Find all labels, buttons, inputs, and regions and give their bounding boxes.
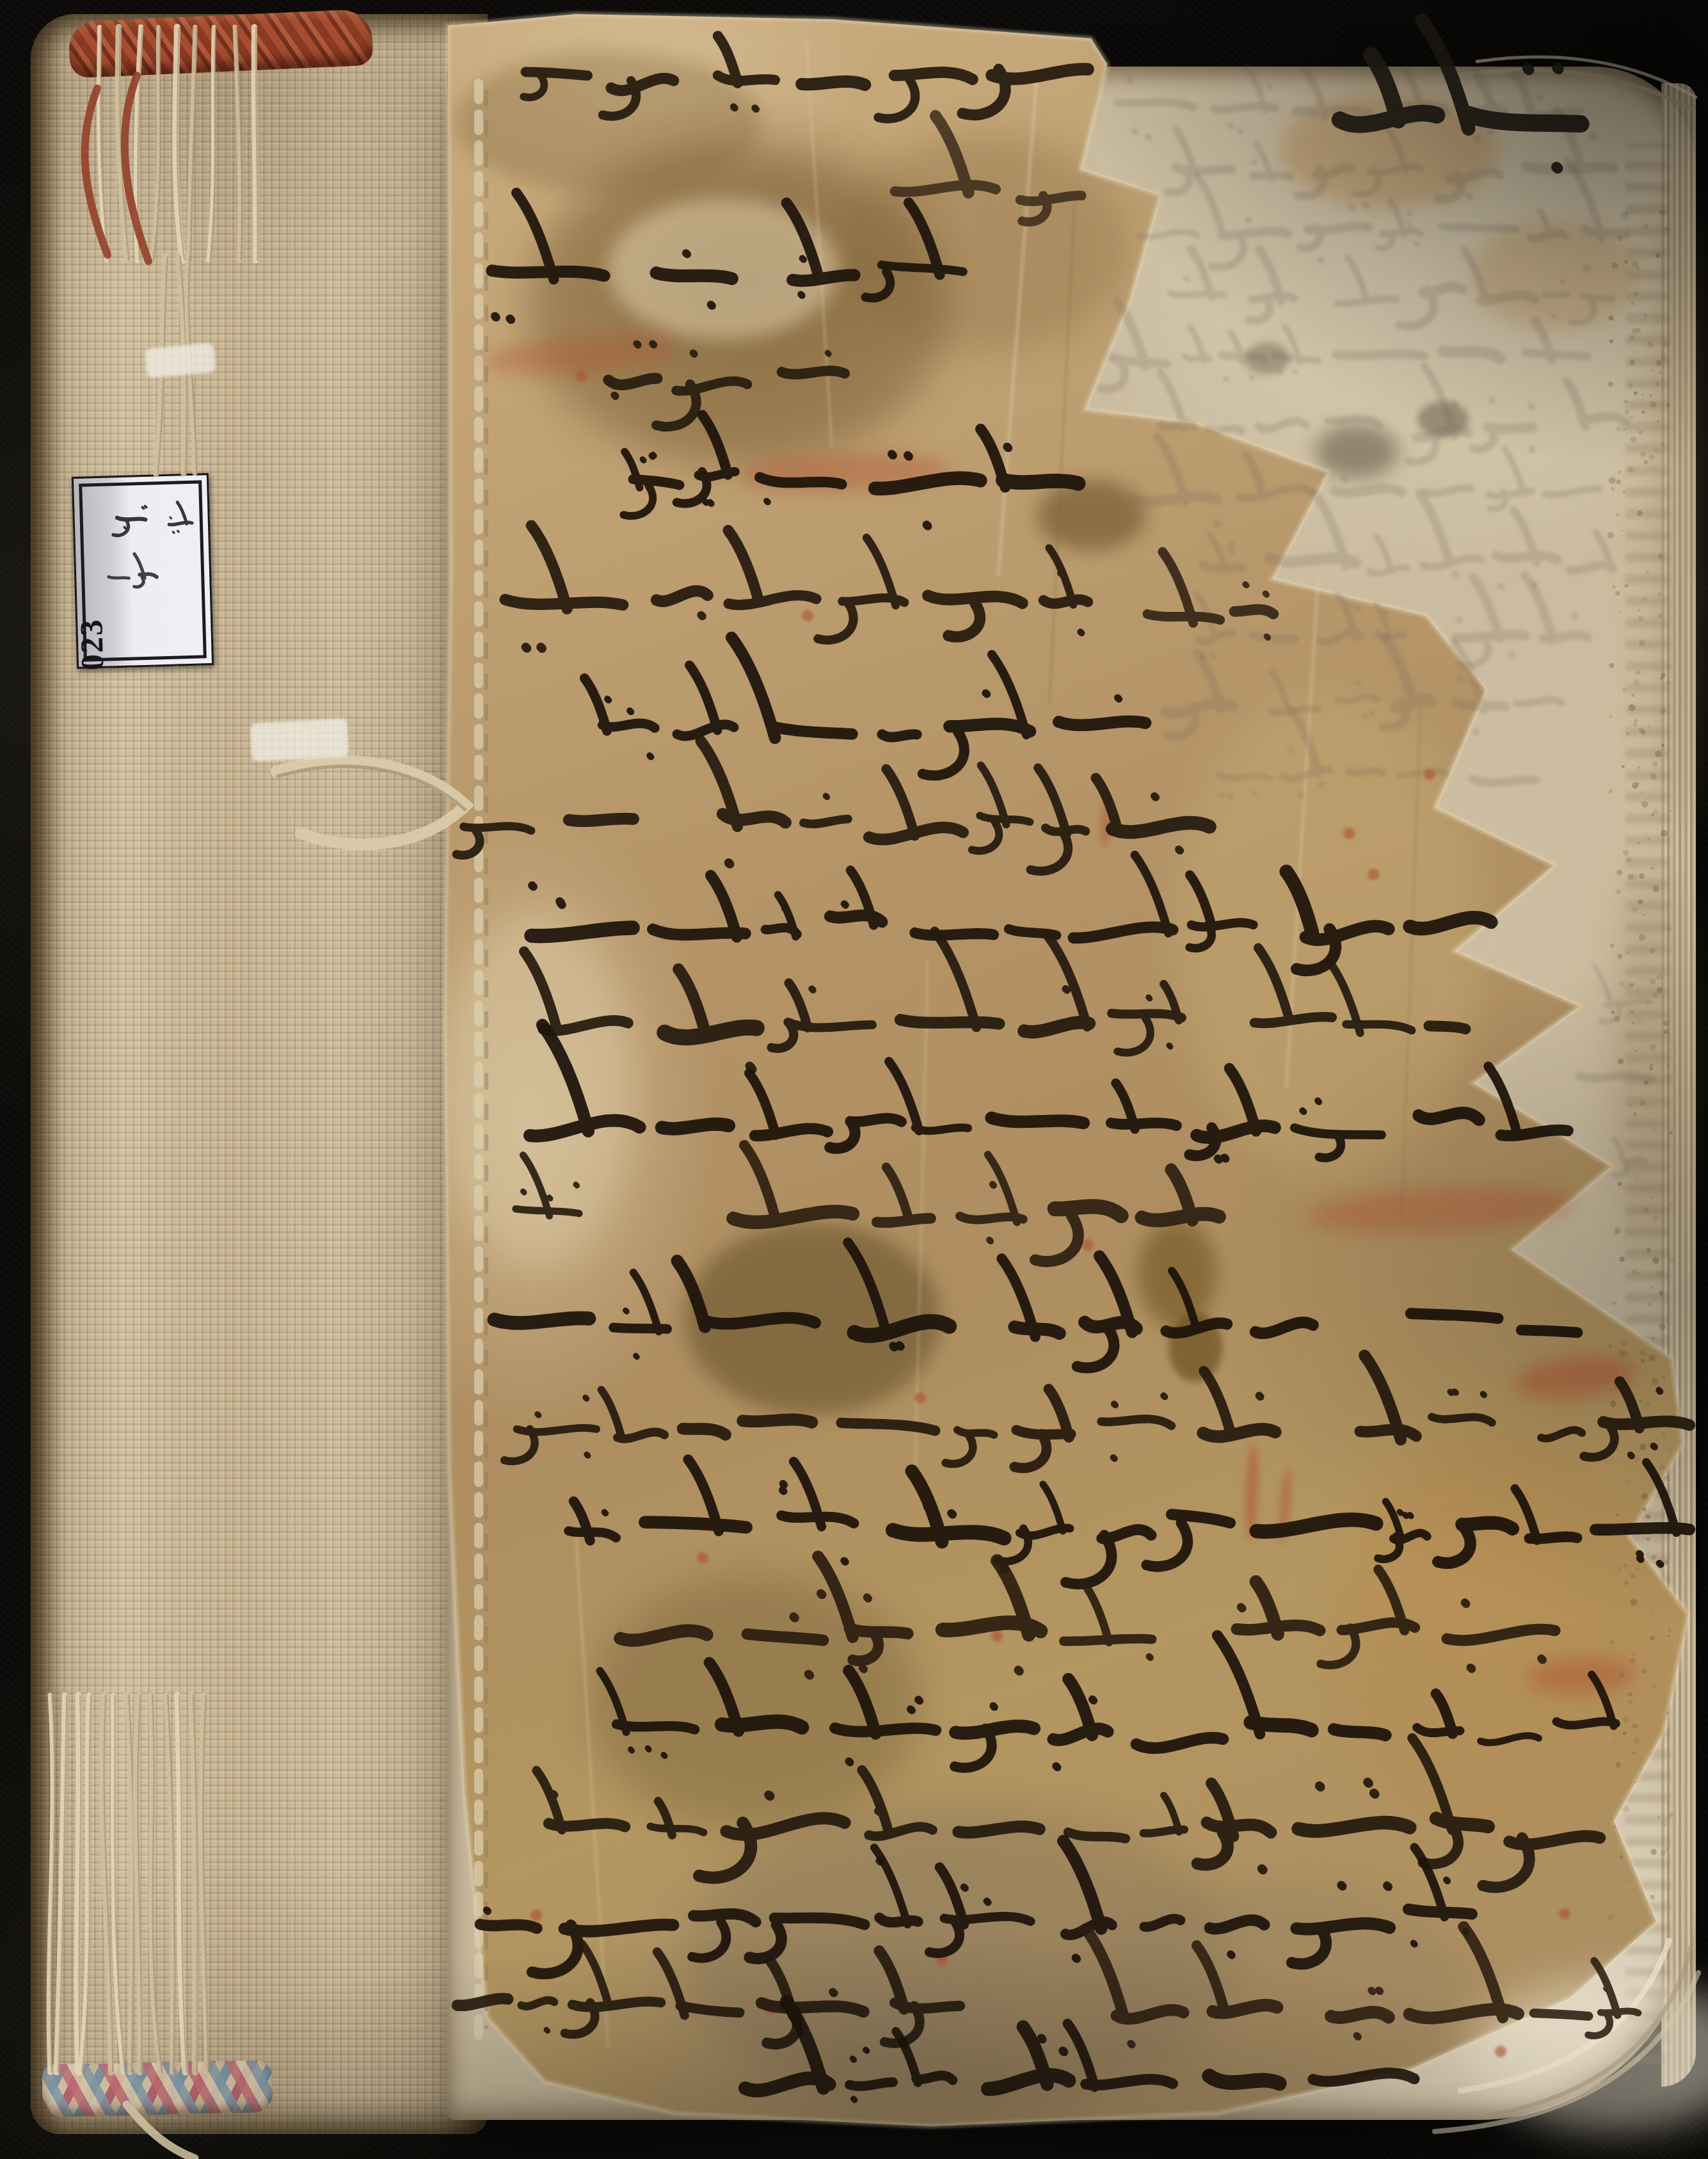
manuscript-photo: 023 [0, 0, 1708, 2159]
tape-glint [145, 342, 216, 378]
cream-thread [127, 2105, 195, 2158]
spine-cord [276, 761, 466, 844]
label-handwriting [109, 502, 192, 587]
manuscript-art [0, 0, 1708, 2159]
spine-threads [49, 27, 486, 2158]
tape-glint [250, 718, 349, 762]
